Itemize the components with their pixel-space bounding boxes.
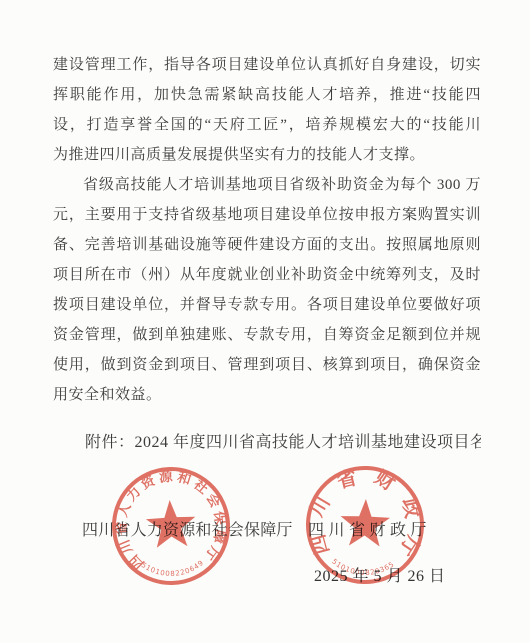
document-body: 建设管理工作，指导各项目建设单位认真抓好自身建设，切实发 挥职能作用，加快急需紧… <box>53 50 481 458</box>
official-seal-hr-dept: 四川省人力资源和社会保障厅 5101008220649 <box>102 457 241 596</box>
body-line: 设，打造享誉全国的“天府工匠”，培养规模宏大的“技能川军”， <box>53 110 481 140</box>
body-line: 拨项目建设单位，并督导专款专用。各项目建设单位要做好项目 <box>53 290 481 320</box>
scanned-document-page: 建设管理工作，指导各项目建设单位认真抓好自身建设，切实发 挥职能作用，加快急需紧… <box>0 0 530 643</box>
star-icon <box>145 499 197 549</box>
body-line: 为推进四川高质量发展提供坚实有力的技能人才支撑。 <box>53 140 481 170</box>
body-line: 备、完善培训基础设施等硬件建设方面的支出。按照属地原则由 <box>53 230 481 260</box>
attachment-line: 附件：2024 年度四川省高技能人才培训基地建设项目名单 <box>53 428 481 458</box>
official-seal-finance-dept: 四川省财政厅 5101000820365 <box>297 457 434 594</box>
body-line: 元，主要用于支持省级基地项目建设单位按申报方案购置实训设 <box>53 200 481 230</box>
body-line: 使用，做到资金到项目、管理到项目、核算到项目，确保资金使 <box>53 350 481 380</box>
body-line: 资金管理，做到单独建账、专款专用，自筹资金足额到位并规范 <box>53 320 481 350</box>
body-line: 省级高技能人才培训基地项目省级补助资金为每个 300 万 <box>53 170 481 200</box>
star-icon <box>340 498 391 547</box>
body-line: 建设管理工作，指导各项目建设单位认真抓好自身建设，切实发 <box>53 50 481 80</box>
body-line: 挥职能作用，加快急需紧缺高技能人才培养，推进“技能四川”建 <box>53 80 481 110</box>
body-line: 项目所在市（州）从年度就业创业补助资金中统筹列支，及时划 <box>53 260 481 290</box>
body-line: 用安全和效益。 <box>53 380 481 410</box>
